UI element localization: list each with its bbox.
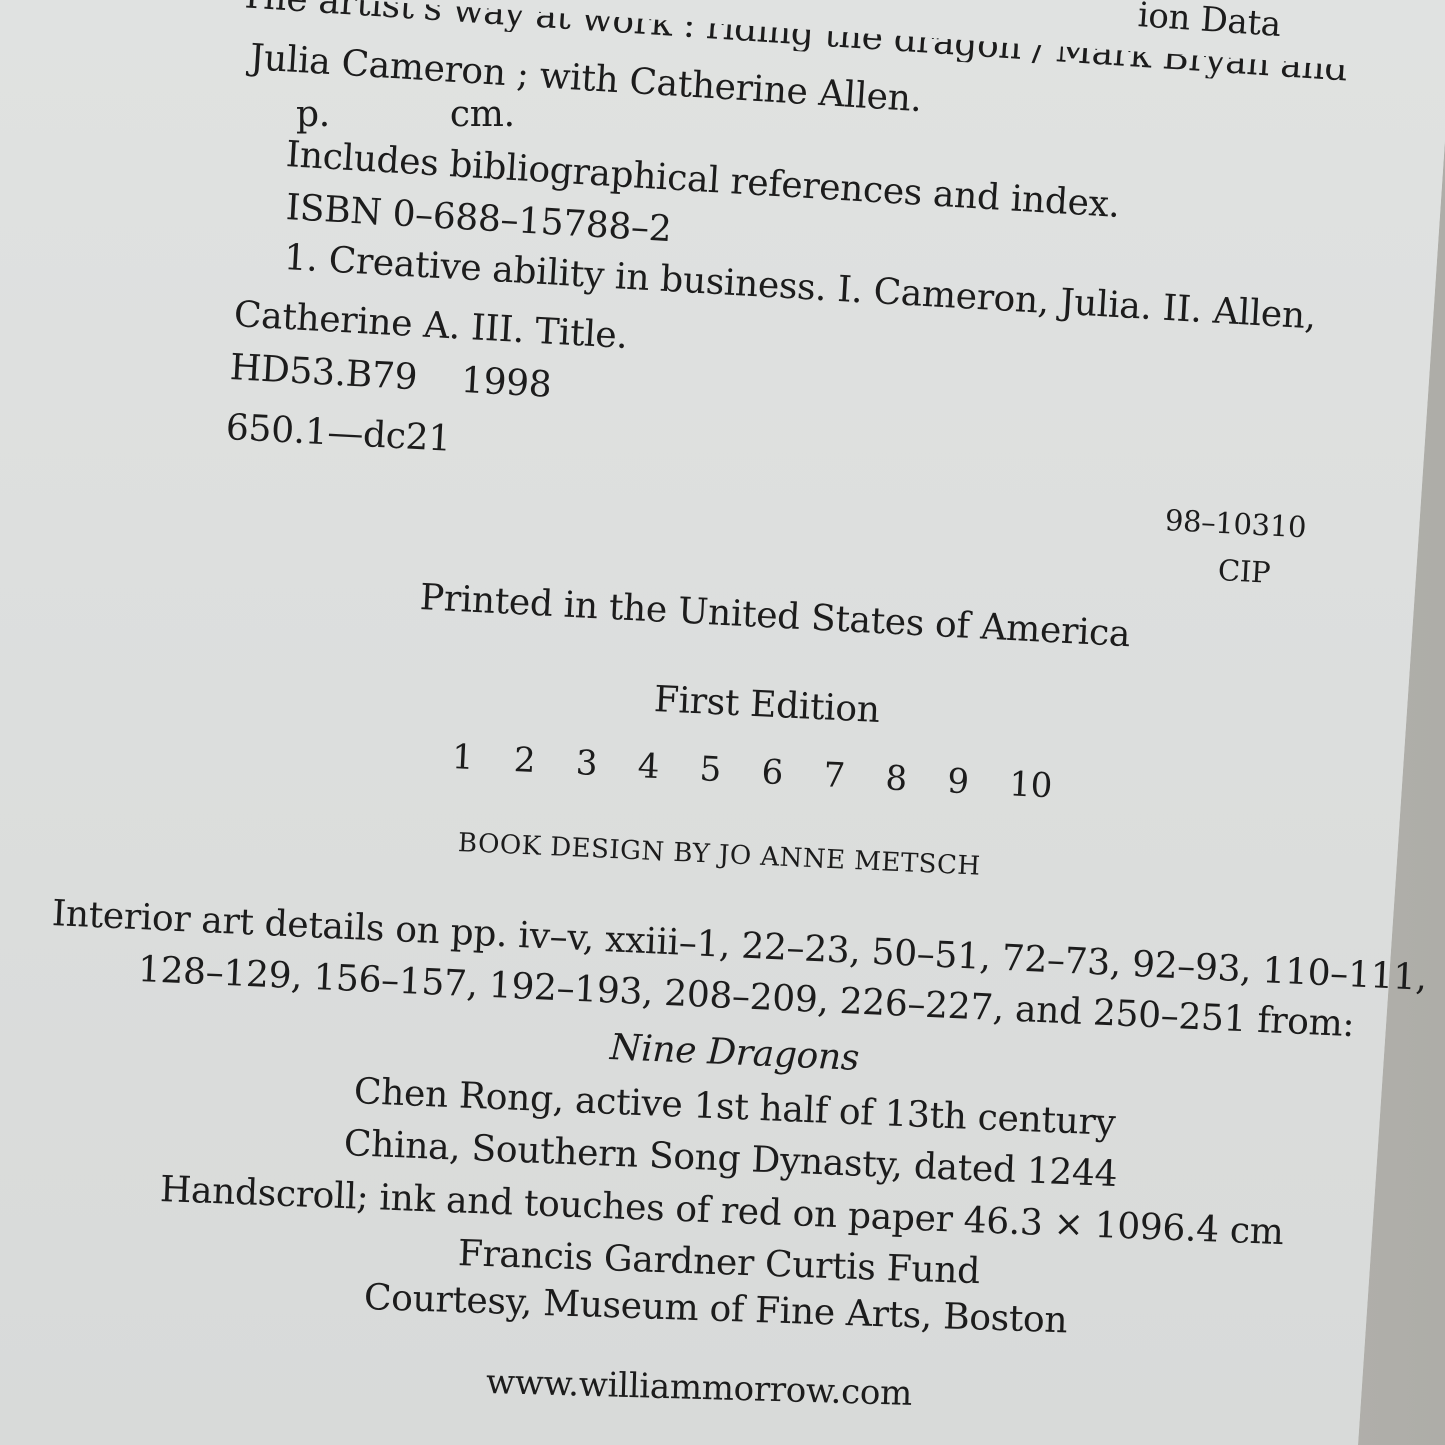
printed-in: Printed in the United States of America [419,580,1131,653]
cip-header-fragment: ion Data [1137,0,1282,42]
book-design-credit: BOOK DESIGN BY JO ANNE METSCH [457,830,981,880]
artwork-title: Nine Dragons [609,1030,860,1077]
printing-number: 8 [885,761,949,798]
cip-lccn: 98–10310 [1164,506,1307,542]
lc-year: 1998 [460,360,553,406]
printing-number: 6 [761,755,825,792]
copyright-page-text: ion Data The artist's way at work : ridi… [0,0,1445,1445]
publisher-website: www.williammorrow.com [486,1365,913,1411]
printing-number-line: 12345678910 [451,740,1072,804]
printing-number: 3 [575,746,639,783]
cip-dimensions: cm. [450,94,515,135]
cip-label: CIP [1217,556,1271,588]
cip-lc-call-number: HD53.B791998 [229,350,552,404]
printing-number: 5 [699,752,763,789]
cip-pages: p. [296,94,330,135]
photo-scene: ion Data The artist's way at work : ridi… [0,0,1445,1445]
edition: First Edition [653,682,880,729]
printing-number: 4 [637,749,701,786]
printing-number: 1 [451,740,515,777]
printing-number: 2 [513,743,577,780]
printing-number: 7 [823,758,887,795]
printing-number: 10 [1009,767,1073,804]
cip-subjects-line-2: Catherine A. III. Title. [233,297,629,355]
lc-class: HD53.B79 [229,347,418,398]
cip-dewey: 650.1—dc21 [225,410,452,458]
cip-physical-description: p.cm. [296,97,515,133]
printing-number: 9 [947,764,1011,801]
